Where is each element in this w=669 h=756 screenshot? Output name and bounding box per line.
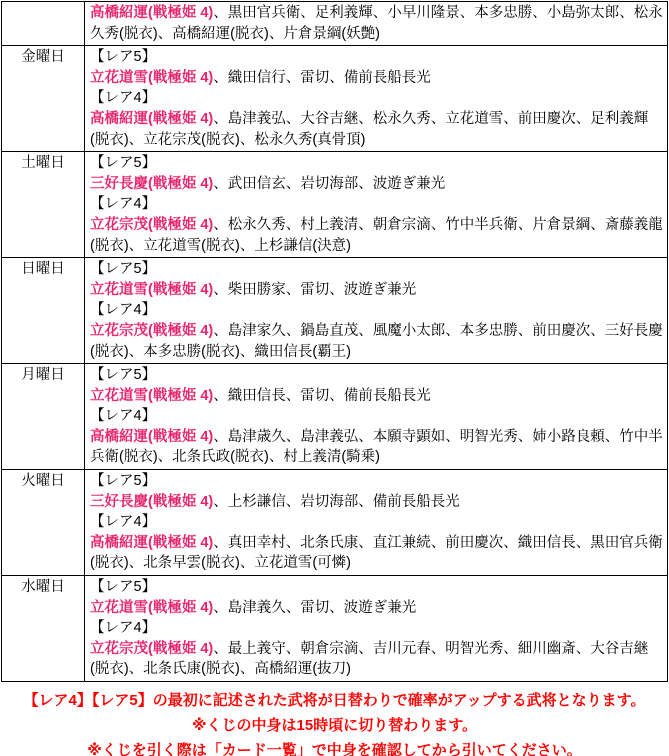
card-names: 、柴田勝家、雷切、波遊ぎ兼光	[213, 282, 416, 298]
table-row-wednesday: 水曜日 【レア5】 立花道雪(戦極姫 4)、島津義久、雷切、波遊ぎ兼光 【レア4…	[2, 576, 668, 682]
card-list-cell: 【レア5】 立花道雪(戦極姫 4)、織田信行、雷切、備前長船長光 【レア4】 高…	[85, 46, 668, 152]
card-names: 、上杉謙信、岩切海部、備前長船長光	[213, 494, 460, 510]
note-check-card-list: ※くじを引く際は「カード一覧」で中身を確認してから引いてください。	[0, 738, 669, 756]
rare4-card-list: 立花宗茂(戦極姫 4)、最上義守、朝倉宗滴、吉川元春、明智光秀、細川幽斎、大谷吉…	[90, 639, 663, 680]
rare4-label: 【レア4】	[90, 512, 663, 533]
day-cell: 土曜日	[2, 152, 85, 258]
table-row-sunday: 日曜日 【レア5】 立花道雪(戦極姫 4)、柴田勝家、雷切、波遊ぎ兼光 【レア4…	[2, 258, 668, 364]
table-row-monday: 月曜日 【レア5】 立花道雪(戦極姫 4)、織田信長、雷切、備前長船長光 【レア…	[2, 364, 668, 470]
rare5-card-list: 立花道雪(戦極姫 4)、島津義久、雷切、波遊ぎ兼光	[90, 598, 663, 619]
card-names: 、武田信玄、岩切海部、波遊ぎ兼光	[213, 176, 445, 192]
rare4-card-list: 高橋紹運(戦極姫 4)、真田幸村、北条氏康、直江兼続、前田慶次、織田信長、黒田官…	[90, 533, 663, 574]
footer-notes: 【レア4】【レア5】の最初に記述された武将が日替わりで確率がアップする武将となり…	[0, 688, 669, 756]
day-cell-empty	[2, 2, 85, 46]
rare5-label: 【レア5】	[90, 471, 663, 492]
card-list-cell: 【レア5】 立花道雪(戦極姫 4)、織田信長、雷切、備前長船長光 【レア4】 高…	[85, 364, 668, 470]
rare4-label: 【レア4】	[90, 406, 663, 427]
note-switch-time: ※くじの中身は15時頃に切り替わります。	[0, 713, 669, 738]
rare4-card-list: 立花宗茂(戦極姫 4)、松永久秀、村上義清、朝倉宗滴、竹中半兵衛、片倉景綱、斎藤…	[90, 215, 663, 256]
rare4-card-list: 高橋紹運(戦極姫 4)、島津歳久、島津義弘、本願寺顕如、明智光秀、姉小路良頼、竹…	[90, 427, 663, 468]
card-names: 、織田信行、雷切、備前長船長光	[213, 70, 431, 86]
featured-card-name: 立花宗茂(戦極姫 4)	[90, 641, 213, 657]
card-list-cell: 【レア5】 三好長慶(戦極姫 4)、武田信玄、岩切海部、波遊ぎ兼光 【レア4】 …	[85, 152, 668, 258]
card-list-cell: 【レア5】 三好長慶(戦極姫 4)、上杉謙信、岩切海部、備前長船長光 【レア4】…	[85, 470, 668, 576]
card-names: 、織田信長、雷切、備前長船長光	[213, 388, 431, 404]
featured-card-name: 高橋紹運(戦極姫 4)	[90, 429, 213, 445]
rare5-label: 【レア5】	[90, 47, 663, 68]
rare5-card-list: 立花道雪(戦極姫 4)、織田信長、雷切、備前長船長光	[90, 386, 663, 407]
featured-card-name: 三好長慶(戦極姫 4)	[90, 494, 213, 510]
day-cell: 水曜日	[2, 576, 85, 682]
rare4-card-list: 立花宗茂(戦極姫 4)、島津家久、鍋島直茂、風魔小太郎、本多忠勝、前田慶次、三好…	[90, 321, 663, 362]
rare4-card-list: 高橋紹運(戦極姫 4)、島津義弘、大谷吉継、松永久秀、立花道雪、前田慶次、足利義…	[90, 109, 663, 150]
featured-card-name: 高橋紹運(戦極姫 4)	[90, 535, 213, 551]
rare5-label: 【レア5】	[90, 365, 663, 386]
day-cell: 月曜日	[2, 364, 85, 470]
rare5-card-list: 三好長慶(戦極姫 4)、武田信玄、岩切海部、波遊ぎ兼光	[90, 174, 663, 195]
featured-card-name: 立花道雪(戦極姫 4)	[90, 600, 213, 616]
day-cell: 火曜日	[2, 470, 85, 576]
rare4-label: 【レア4】	[90, 618, 663, 639]
note-featured-explanation: 【レア4】【レア5】の最初に記述された武将が日替わりで確率がアップする武将となり…	[0, 688, 669, 713]
card-list-cell: 【レア5】 立花道雪(戦極姫 4)、島津義久、雷切、波遊ぎ兼光 【レア4】 立花…	[85, 576, 668, 682]
featured-card-name: 立花宗茂(戦極姫 4)	[90, 323, 213, 339]
featured-card-name: 高橋紹運(戦極姫 4)	[90, 111, 213, 127]
rare4-label: 【レア4】	[90, 300, 663, 321]
featured-card-name: 三好長慶(戦極姫 4)	[90, 176, 213, 192]
rare5-card-list: 三好長慶(戦極姫 4)、上杉謙信、岩切海部、備前長船長光	[90, 492, 663, 513]
rare4-label: 【レア4】	[90, 88, 663, 109]
featured-card-name: 立花道雪(戦極姫 4)	[90, 70, 213, 86]
rare5-label: 【レア5】	[90, 259, 663, 280]
card-list-cell: 【レア5】 立花道雪(戦極姫 4)、柴田勝家、雷切、波遊ぎ兼光 【レア4】 立花…	[85, 258, 668, 364]
daily-gacha-schedule-table: 高橋紹運(戦極姫 4)、黒田官兵衛、足利義輝、小早川隆景、本多忠勝、小島弥太郎、…	[1, 1, 668, 682]
featured-card-name: 立花道雪(戦極姫 4)	[90, 282, 213, 298]
rare5-card-list: 立花道雪(戦極姫 4)、織田信行、雷切、備前長船長光	[90, 68, 663, 89]
featured-card-name: 立花道雪(戦極姫 4)	[90, 388, 213, 404]
rare5-card-list: 立花道雪(戦極姫 4)、柴田勝家、雷切、波遊ぎ兼光	[90, 280, 663, 301]
card-list-cell: 高橋紹運(戦極姫 4)、黒田官兵衛、足利義輝、小早川隆景、本多忠勝、小島弥太郎、…	[85, 2, 668, 46]
card-names: 、島津義久、雷切、波遊ぎ兼光	[213, 600, 416, 616]
table-row-friday: 金曜日 【レア5】 立花道雪(戦極姫 4)、織田信行、雷切、備前長船長光 【レア…	[2, 46, 668, 152]
table-row-continuation: 高橋紹運(戦極姫 4)、黒田官兵衛、足利義輝、小早川隆景、本多忠勝、小島弥太郎、…	[2, 2, 668, 46]
rare4-label: 【レア4】	[90, 194, 663, 215]
featured-card-name: 高橋紹運(戦極姫 4)	[90, 5, 213, 21]
rare5-label: 【レア5】	[90, 577, 663, 598]
featured-card-name: 立花宗茂(戦極姫 4)	[90, 217, 213, 233]
table-row-saturday: 土曜日 【レア5】 三好長慶(戦極姫 4)、武田信玄、岩切海部、波遊ぎ兼光 【レ…	[2, 152, 668, 258]
table-row-tuesday: 火曜日 【レア5】 三好長慶(戦極姫 4)、上杉謙信、岩切海部、備前長船長光 【…	[2, 470, 668, 576]
rare5-label: 【レア5】	[90, 153, 663, 174]
day-cell: 金曜日	[2, 46, 85, 152]
day-cell: 日曜日	[2, 258, 85, 364]
